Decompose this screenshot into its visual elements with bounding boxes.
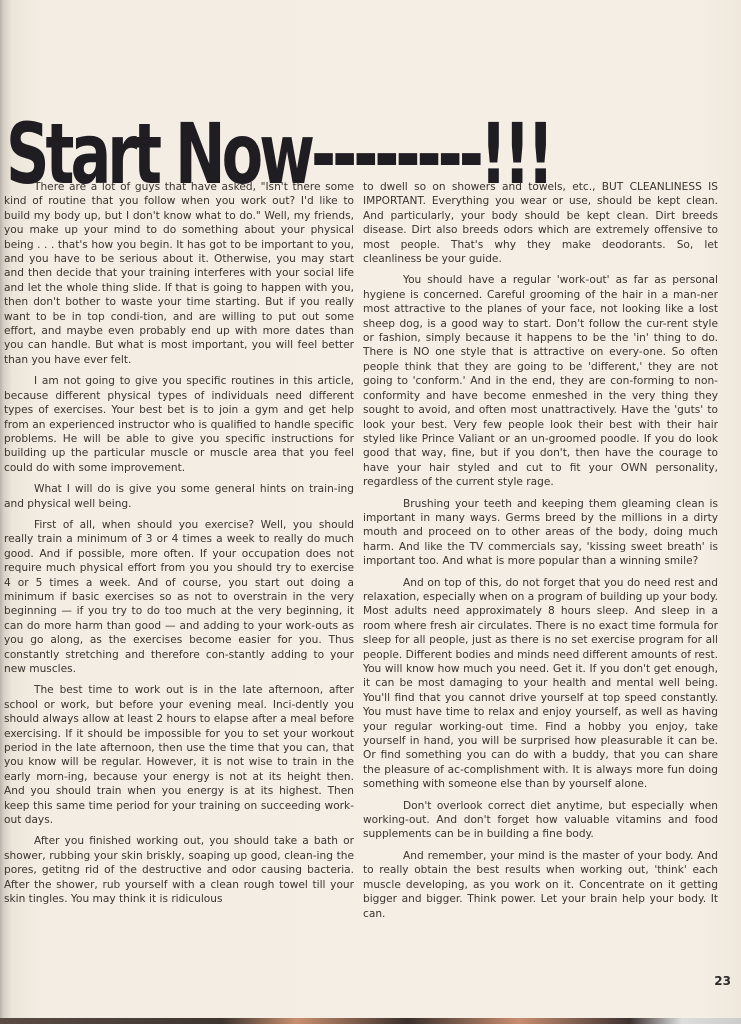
paragraph: The best time to work out is in the late… [4, 683, 354, 827]
paragraph: What I will do is give you some general … [4, 482, 354, 511]
paragraph: After you finished working out, you shou… [4, 834, 354, 906]
paragraph: First of all, when should you exercise? … [4, 518, 354, 676]
paragraph: And remember, your mind is the master of… [363, 849, 718, 921]
paragraph: There are a lot of guys that have asked,… [4, 180, 354, 367]
magazine-page: Start Now--------!!! There are a lot of … [0, 0, 741, 1024]
paragraph: Brushing your teeth and keeping them gle… [363, 497, 718, 569]
paragraph: Don't overlook correct diet anytime, but… [363, 799, 718, 842]
paragraph: And on top of this, do not forget that y… [363, 576, 718, 792]
left-column: There are a lot of guys that have asked,… [4, 180, 354, 914]
paragraph: I am not going to give you specific rout… [4, 374, 354, 475]
paragraph: You should have a regular 'work-out' as … [363, 273, 718, 489]
right-column: to dwell so on showers and towels, etc.,… [363, 180, 718, 928]
page-number: 23 [714, 974, 731, 988]
paragraph: to dwell so on showers and towels, etc.,… [363, 180, 718, 266]
next-page-edge [0, 1018, 741, 1024]
